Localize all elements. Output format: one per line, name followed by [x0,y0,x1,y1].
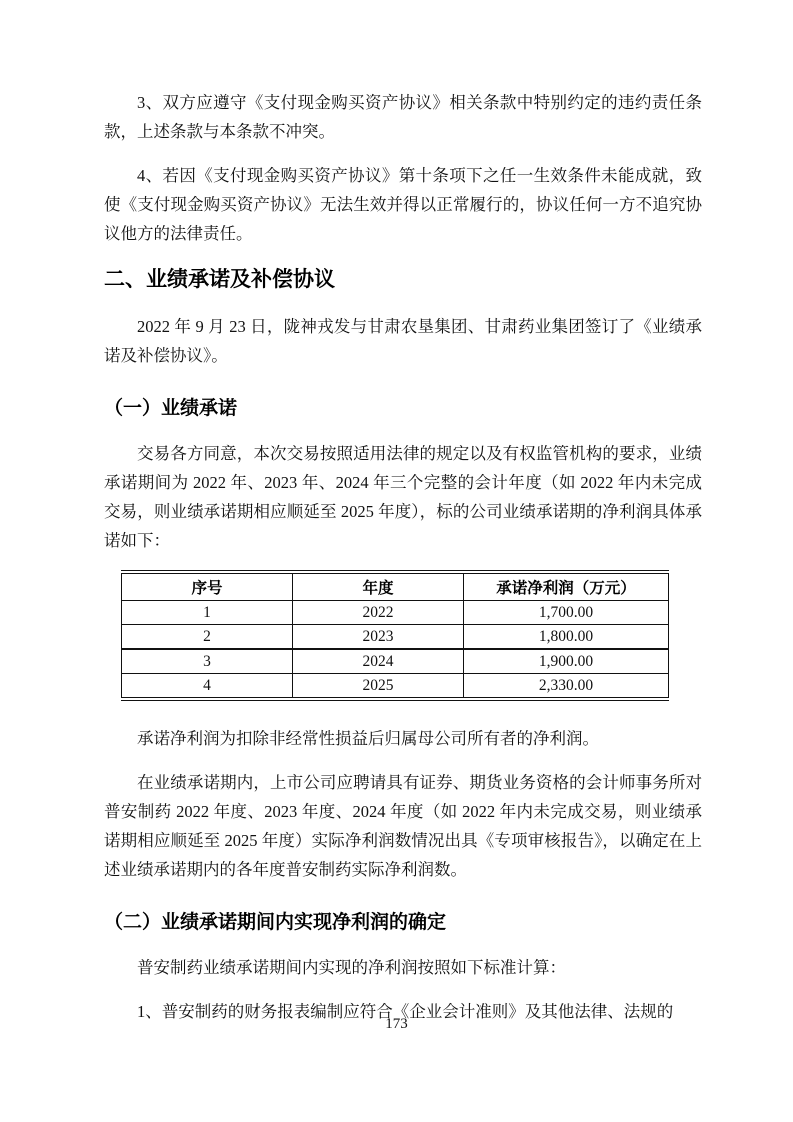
table-cell-year: 2022 [293,601,464,625]
table-cell-year: 2023 [293,625,464,650]
table-cell-profit: 1,800.00 [464,625,669,650]
table-row: 1 2022 1,700.00 [122,601,669,625]
section-heading-performance-agreement: 二、业绩承诺及补偿协议 [104,265,702,295]
paragraph-breach-clause: 3、双方应遵守《支付现金购买资产协议》相关条款中特别约定的违约责任条款，上述条款… [104,88,702,146]
document-page: 3、双方应遵守《支付现金购买资产协议》相关条款中特别约定的违约责任条款，上述条款… [0,0,793,1122]
page-number: 173 [0,1016,793,1033]
table-cell-seq: 4 [122,674,293,700]
table-cell-seq: 1 [122,601,293,625]
table-cell-seq: 2 [122,625,293,650]
table-header-year: 年度 [293,572,464,601]
subsection-heading-performance-commitment: （一）业绩承诺 [104,395,702,423]
paragraph-audit-report: 在业绩承诺期内，上市公司应聘请具有证券、期货业务资格的会计师事务所对普安制药 2… [104,768,702,884]
table-cell-profit: 1,700.00 [464,601,669,625]
table-row: 3 2024 1,900.00 [122,649,669,674]
table-header-row: 序号 年度 承诺净利润（万元） [122,572,669,601]
paragraph-commitment-period: 交易各方同意，本次交易按照适用法律的规定以及有权监管机构的要求，业绩承诺期间为 … [104,439,702,555]
subsection-heading-profit-determination: （二）业绩承诺期间内实现净利润的确定 [104,909,702,937]
table-cell-profit: 2,330.00 [464,674,669,700]
table-cell-year: 2024 [293,649,464,674]
table-header-seq: 序号 [122,572,293,601]
paragraph-net-profit-definition: 承诺净利润为扣除非经常性损益后归属母公司所有者的净利润。 [104,724,702,753]
table-cell-profit: 1,900.00 [464,649,669,674]
table-row: 4 2025 2,330.00 [122,674,669,700]
paragraph-agreement-signing: 2022 年 9 月 23 日，陇神戎发与甘肃农垦集团、甘肃药业集团签订了《业绩… [104,312,702,370]
table-header-promised-profit: 承诺净利润（万元） [464,572,669,601]
table-row: 2 2023 1,800.00 [122,625,669,650]
table-cell-seq: 3 [122,649,293,674]
table-cell-year: 2025 [293,674,464,700]
profit-commitment-table: 序号 年度 承诺净利润（万元） 1 2022 1,700.00 2 2023 1… [121,570,669,701]
paragraph-effectiveness-clause: 4、若因《支付现金购买资产协议》第十条项下之任一生效条件未能成就，致使《支付现金… [104,161,702,248]
paragraph-calculation-intro: 普安制药业绩承诺期间内实现的净利润按照如下标准计算： [104,953,702,982]
